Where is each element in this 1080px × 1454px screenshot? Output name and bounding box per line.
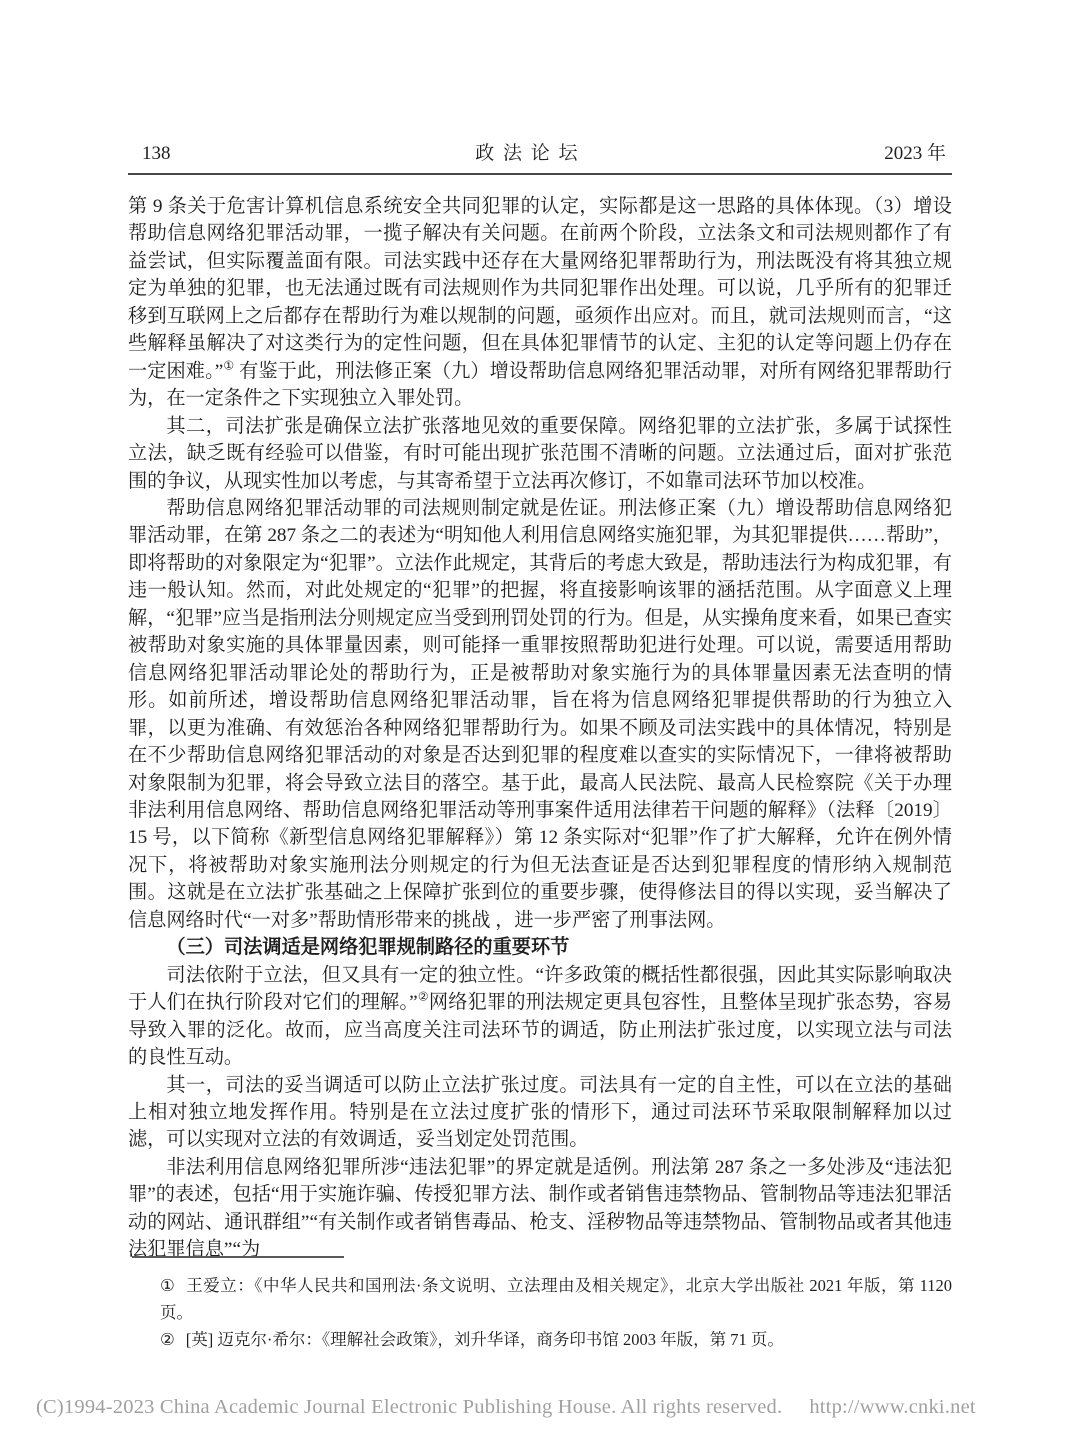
body-paragraph: 其一，司法的妥当调适可以防止立法扩张过度。司法具有一定的自主性，可以在立法的基础… <box>128 1072 952 1154</box>
running-header: 138 政 法 论 坛 2023 年 <box>128 138 952 175</box>
footnote-marker: ② <box>160 1330 175 1349</box>
journal-page: 138 政 法 论 坛 2023 年 第 9 条关于危害计算机信息系统安全共同犯… <box>0 0 1080 1454</box>
page-number: 138 <box>142 143 171 165</box>
cnki-watermark: (C)1994-2023 China Academic Journal Elec… <box>36 1396 1046 1419</box>
footnote-list: ①王爱立：《中华人民共和国刑法·条文说明、立法理由及相关规定》，北京大学出版社 … <box>128 1272 952 1353</box>
article-body: 第 9 条关于危害计算机信息系统安全共同犯罪的认定，实际都是这一思路的具体体现。… <box>128 193 952 1264</box>
footnote-ref: ② <box>418 990 429 1004</box>
footnote-item: ②[英] 迈克尔·希尔：《理解社会政策》，刘升华译，商务印书馆 2003 年版，… <box>128 1326 952 1353</box>
footnote-block: ①王爱立：《中华人民共和国刑法·条文说明、立法理由及相关规定》，北京大学出版社 … <box>128 1256 952 1353</box>
body-paragraph: 其二，司法扩张是确保立法扩张落地见效的重要保障。网络犯罪的立法扩张，多属于试探性… <box>128 413 952 495</box>
footnote-text: 王爱立：《中华人民共和国刑法·条文说明、立法理由及相关规定》，北京大学出版社 2… <box>160 1276 952 1322</box>
cnki-url: http://www.cnki.net <box>809 1396 975 1419</box>
body-paragraph: 司法依附于立法，但又具有一定的独立性。“许多政策的概括性都很强，因此其实际影响取… <box>128 962 952 1072</box>
journal-title: 政 法 论 坛 <box>475 138 579 165</box>
footnote-text: [英] 迈克尔·希尔：《理解社会政策》，刘升华译，商务印书馆 2003 年版，第… <box>186 1330 784 1349</box>
body-paragraph: 第 9 条关于危害计算机信息系统安全共同犯罪的认定，实际都是这一思路的具体体现。… <box>128 193 952 413</box>
header-year: 2023 年 <box>884 138 946 165</box>
section-heading: （三）司法调适是网络犯罪规制路径的重要环节 <box>128 934 952 961</box>
footnote-marker: ① <box>160 1276 175 1295</box>
body-paragraph: 非法利用信息网络犯罪所涉“违法犯罪”的界定就是适例。刑法第 287 条之一多处涉… <box>128 1154 952 1264</box>
footnote-ref: ① <box>223 358 234 372</box>
copyright-text: (C)1994-2023 China Academic Journal Elec… <box>36 1396 782 1419</box>
footnote-item: ①王爱立：《中华人民共和国刑法·条文说明、立法理由及相关规定》，北京大学出版社 … <box>128 1272 952 1326</box>
body-paragraph: 帮助信息网络犯罪活动罪的司法规则制定就是佐证。刑法修正案（九）增设帮助信息网络犯… <box>128 495 952 934</box>
footnote-separator <box>132 1256 344 1258</box>
page-content: 138 政 法 论 坛 2023 年 第 9 条关于危害计算机信息系统安全共同犯… <box>128 138 952 1264</box>
